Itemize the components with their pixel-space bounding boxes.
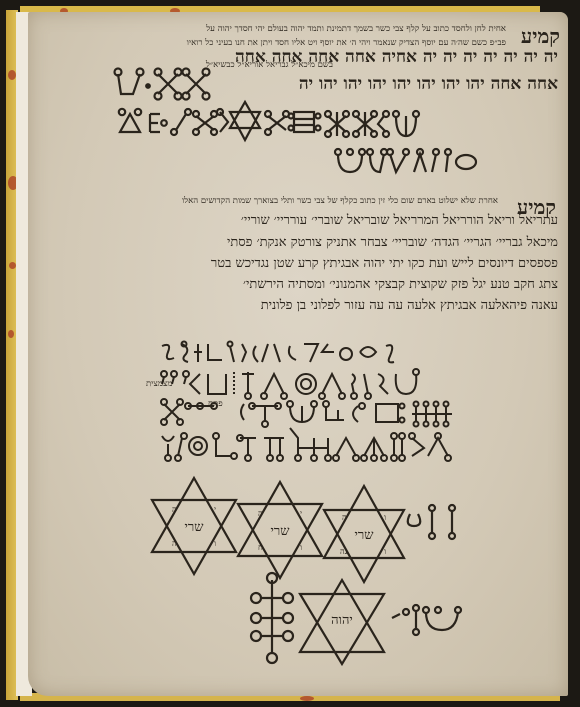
manuscript-page: קמיע אחית לחן ולחסד כתוב על קלף צבי כשר … [28, 12, 568, 696]
star3-corner: נה [340, 547, 348, 556]
ink-stain [8, 330, 14, 338]
ink-stain [8, 70, 16, 80]
section2-line-1: עתריאל וריאל הורריאל המרריאל שובריאל שוב… [241, 212, 558, 228]
section1-magic-glyphs [28, 12, 568, 192]
section2-line-2: מיכאל גבריי׳ הגריי׳ הגדה׳ שובריי׳ צבחר א… [227, 234, 558, 250]
star2-center-label: שרי [271, 524, 291, 539]
star1-corner: י [214, 505, 216, 514]
star2-corner: י [300, 509, 302, 518]
bottom-star-cluster: יהוה [28, 566, 568, 676]
section2-line-4: צתג חקב טנע יגל פזק שקוצית קבצקי אהמנוני… [243, 276, 558, 292]
star2-corner: ו [300, 543, 302, 552]
star3-corner: ה [342, 513, 347, 522]
bottom-star-center-label: יהוה [331, 613, 353, 628]
star3-corner: ו [384, 513, 386, 522]
section2-line-5: עאנה פיהאלעה אבגיתץ אלעה עה עה עזור לפלו… [261, 297, 558, 313]
section2-line-3: פספסים דיונסים לייש ועת כקו יתי יהוה אבג… [211, 255, 558, 271]
star1-center-label: שרי [185, 520, 205, 535]
section2-magic-glyphs [28, 322, 568, 482]
star2-corner: ח [258, 543, 263, 552]
star2-corner: ה [258, 509, 263, 518]
star1-corner: ה [172, 539, 177, 548]
ink-stain [300, 696, 314, 701]
ink-stain [9, 262, 16, 269]
section2-intro-line: אחרת שלא ישלוט בארם שום כלי זין כתוב כקל… [182, 195, 498, 206]
star1-corner: ו [214, 539, 216, 548]
star1-corner: ה [172, 505, 177, 514]
star3-corner: ו [384, 547, 386, 556]
star3-center-label: שרי [355, 528, 375, 543]
